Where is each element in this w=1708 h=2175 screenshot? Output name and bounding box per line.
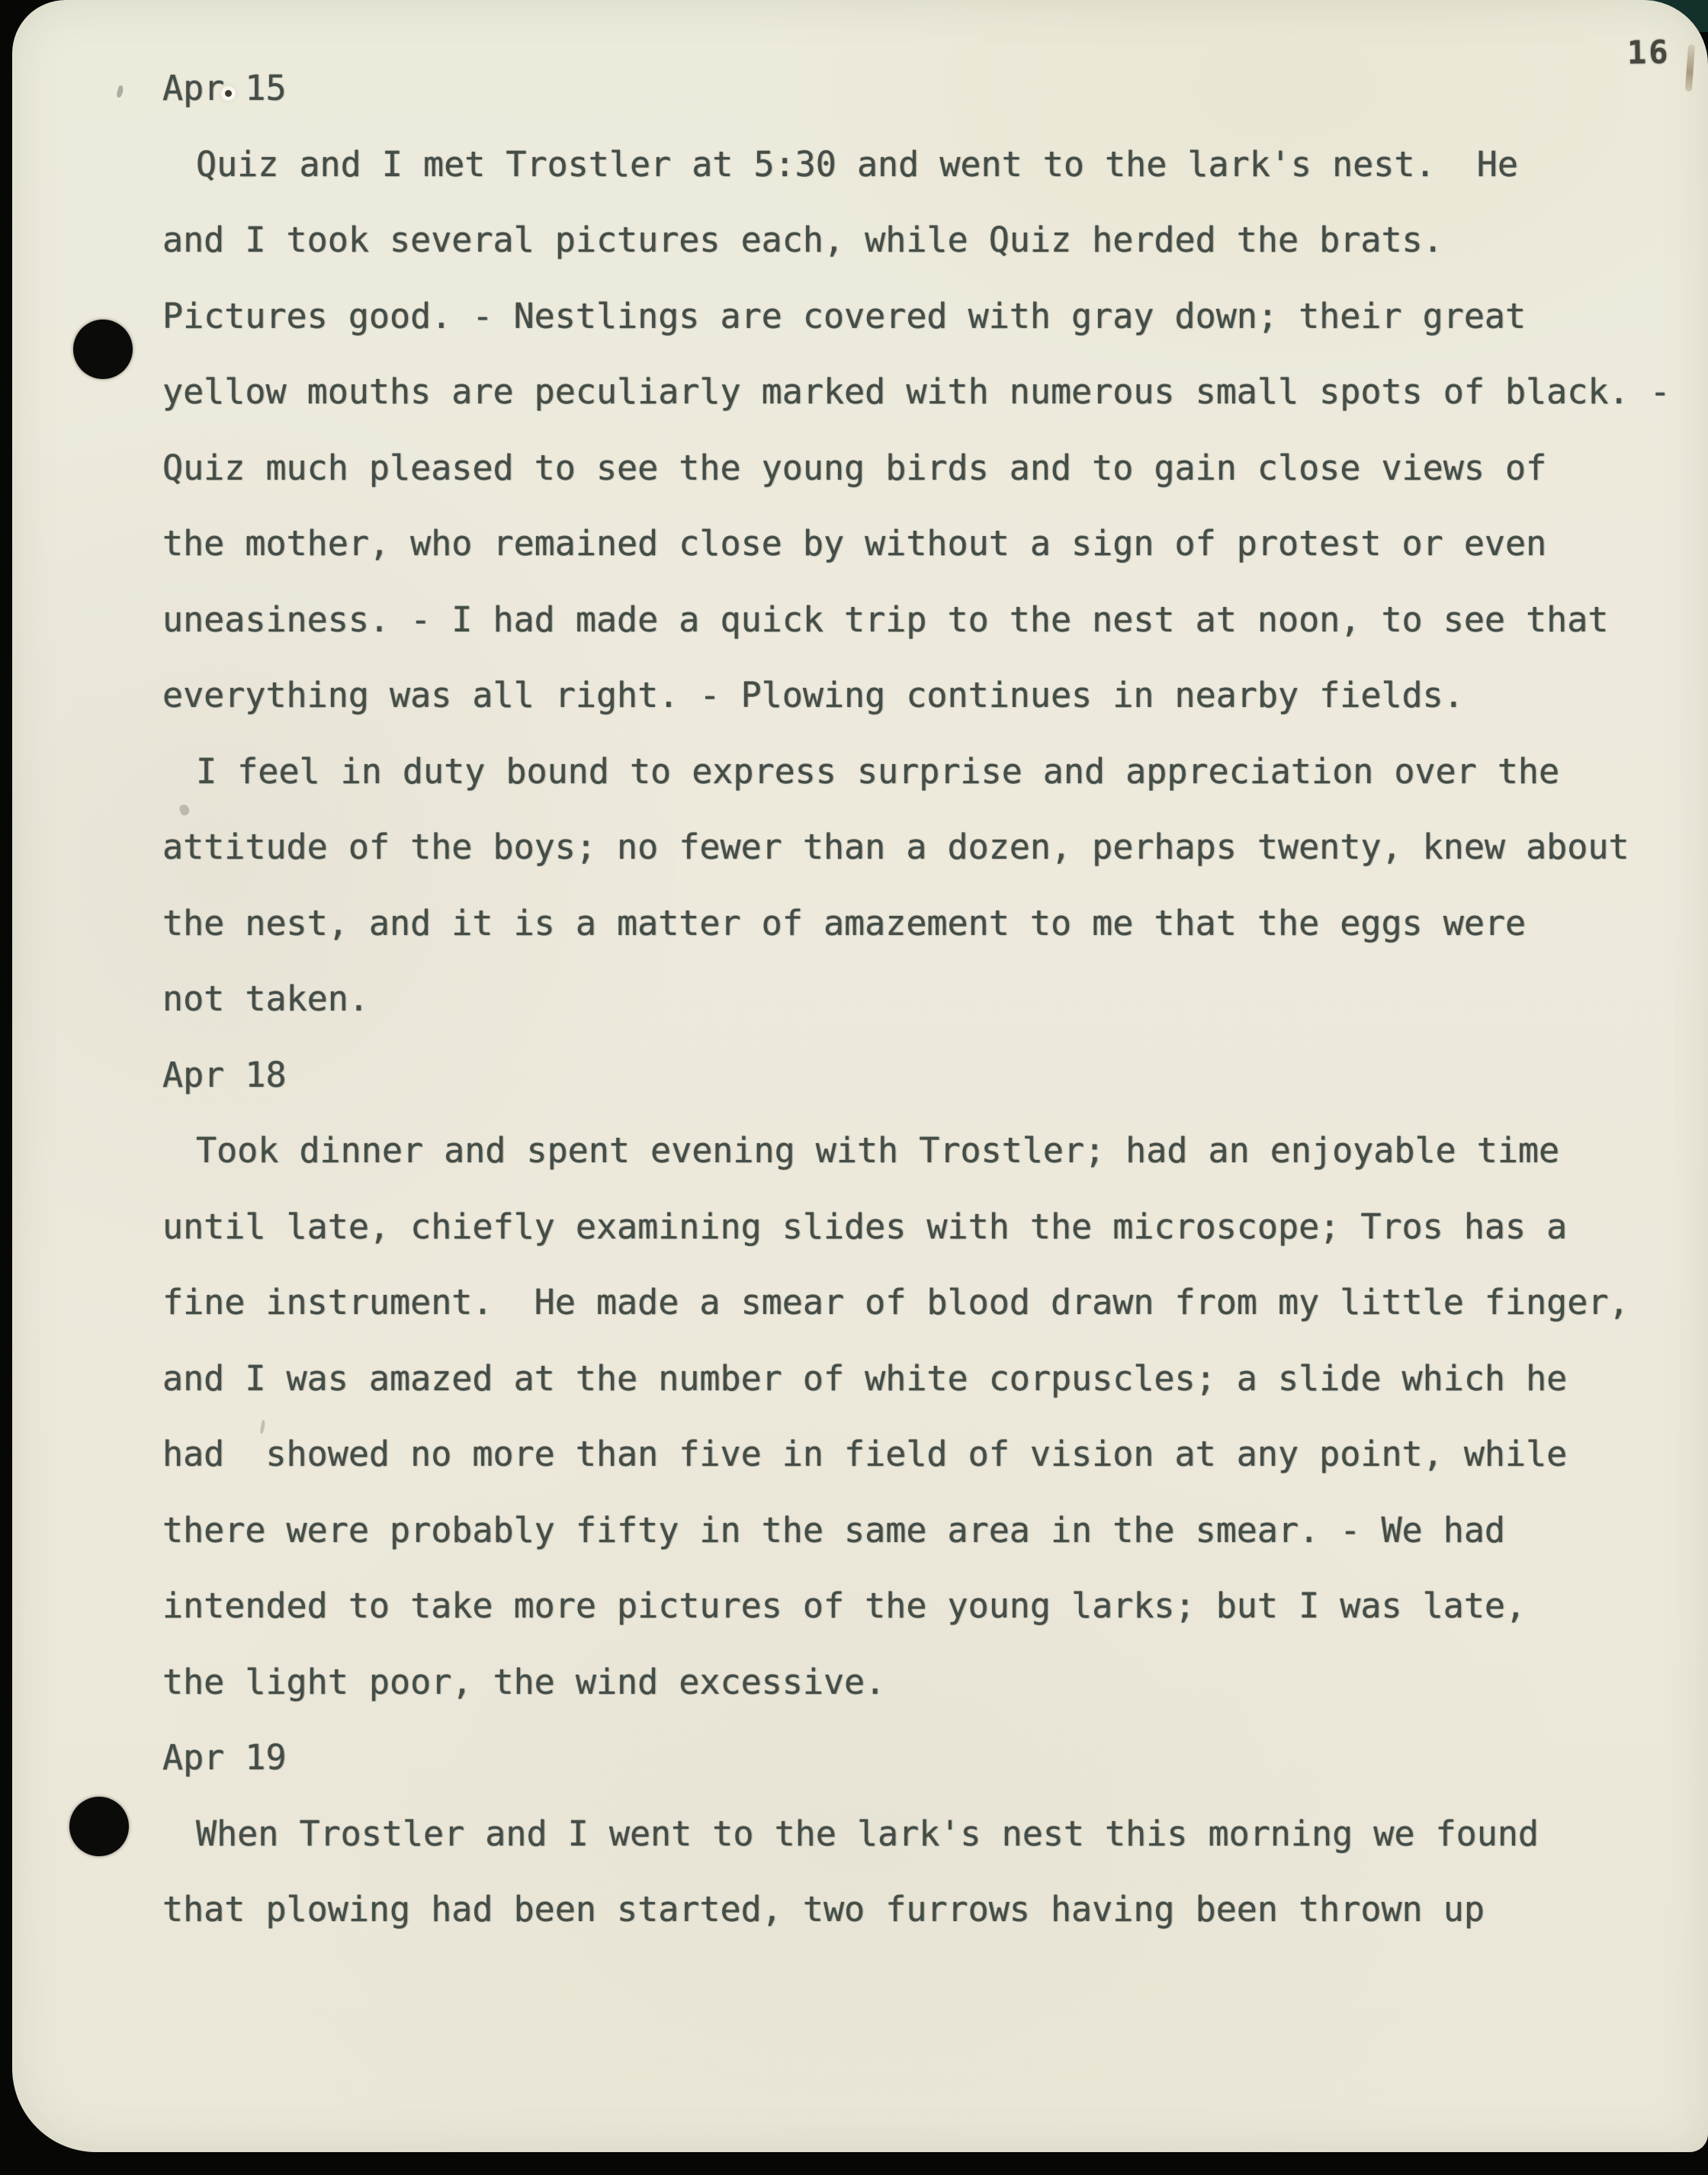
text-line: fine instrument. He made a smear of bloo… xyxy=(162,1264,1708,1341)
text-line: Apr 15 xyxy=(162,50,1708,127)
text-line: had showed no more than five in field of… xyxy=(162,1416,1708,1492)
text-line: and I was amazed at the number of white … xyxy=(162,1341,1708,1417)
text-line: I feel in duty bound to express surprise… xyxy=(162,734,1708,810)
document-text: Apr 15Quiz and I met Trostler at 5:30 an… xyxy=(12,50,1708,1948)
text-line: When Trostler and I went to the lark's n… xyxy=(162,1796,1708,1872)
text-line: until late, chiefly examining slides wit… xyxy=(162,1189,1708,1265)
text-line: Apr 19 xyxy=(162,1720,1708,1796)
text-line: everything was all right. - Plowing cont… xyxy=(162,657,1708,734)
text-line: Pictures good. - Nestlings are covered w… xyxy=(162,278,1708,355)
text-line: yellow mouths are peculiarly marked with… xyxy=(162,354,1708,430)
text-line: Quiz much pleased to see the young birds… xyxy=(162,430,1708,506)
scanned-page: 16 Apr 15Quiz and I met Trostler at 5:30… xyxy=(12,0,1708,2152)
text-line: that plowing had been started, two furro… xyxy=(162,1871,1708,1948)
text-line: and I took several pictures each, while … xyxy=(162,202,1708,278)
text-line: not taken. xyxy=(162,961,1708,1037)
text-line: the mother, who remained close by withou… xyxy=(162,506,1708,582)
text-line: Quiz and I met Trostler at 5:30 and went… xyxy=(162,127,1708,203)
text-line: Apr 18 xyxy=(162,1037,1708,1113)
text-line: uneasiness. - I had made a quick trip to… xyxy=(162,582,1708,658)
text-line: there were probably fifty in the same ar… xyxy=(162,1492,1708,1569)
text-line: attitude of the boys; no fewer than a do… xyxy=(162,809,1708,885)
text-line: the nest, and it is a matter of amazemen… xyxy=(162,885,1708,962)
text-line: the light poor, the wind excessive. xyxy=(162,1644,1708,1720)
text-line: Took dinner and spent evening with Trost… xyxy=(162,1113,1708,1189)
text-line: intended to take more pictures of the yo… xyxy=(162,1568,1708,1644)
